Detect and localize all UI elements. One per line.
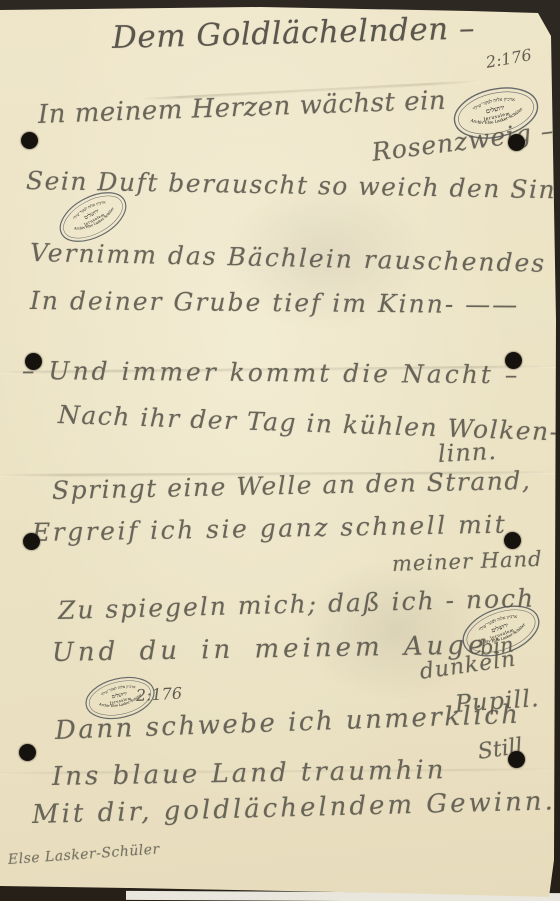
manuscript-scan: 2:176 2:176 Dem Goldlächelnden – In mein… (0, 0, 560, 901)
hole-punch (504, 532, 521, 549)
hole-punch (21, 132, 38, 149)
poem-title: Dem Goldlächelnden – (112, 11, 476, 56)
hole-punch (23, 533, 40, 550)
poem-line: Ergreif ich sie ganz schnell mit (32, 510, 508, 547)
archive-number: 2:176 (136, 684, 183, 705)
hole-punch (505, 352, 522, 369)
poem-line: linn. (437, 437, 497, 468)
poem-line: In deiner Grube tief im Kinn- —— (30, 286, 519, 319)
poem-line: Vernimm das Bächlein rauschendes (30, 238, 547, 278)
manuscript-paper: 2:176 2:176 Dem Goldlächelnden – In mein… (0, 0, 560, 901)
archive-number: 2:176 (484, 45, 533, 72)
poem-line: In meinem Herzen wächst ein (37, 86, 446, 130)
hole-punch (508, 134, 525, 151)
poem-line: Ins blaue Land traumhin (52, 755, 447, 792)
hole-punch (25, 353, 42, 370)
author-signature: Else Lasker-Schüler (7, 841, 160, 868)
poem-line: – Und immer kommt die Nacht – (22, 356, 521, 389)
poem-line: Springt eine Welle an den Strand, (52, 466, 532, 505)
poem-line: Mit dir, goldlächelndem Gewinn. (32, 786, 557, 830)
poem-line: meiner Hand (392, 547, 543, 576)
hole-punch (508, 751, 525, 768)
hole-punch (19, 744, 36, 761)
